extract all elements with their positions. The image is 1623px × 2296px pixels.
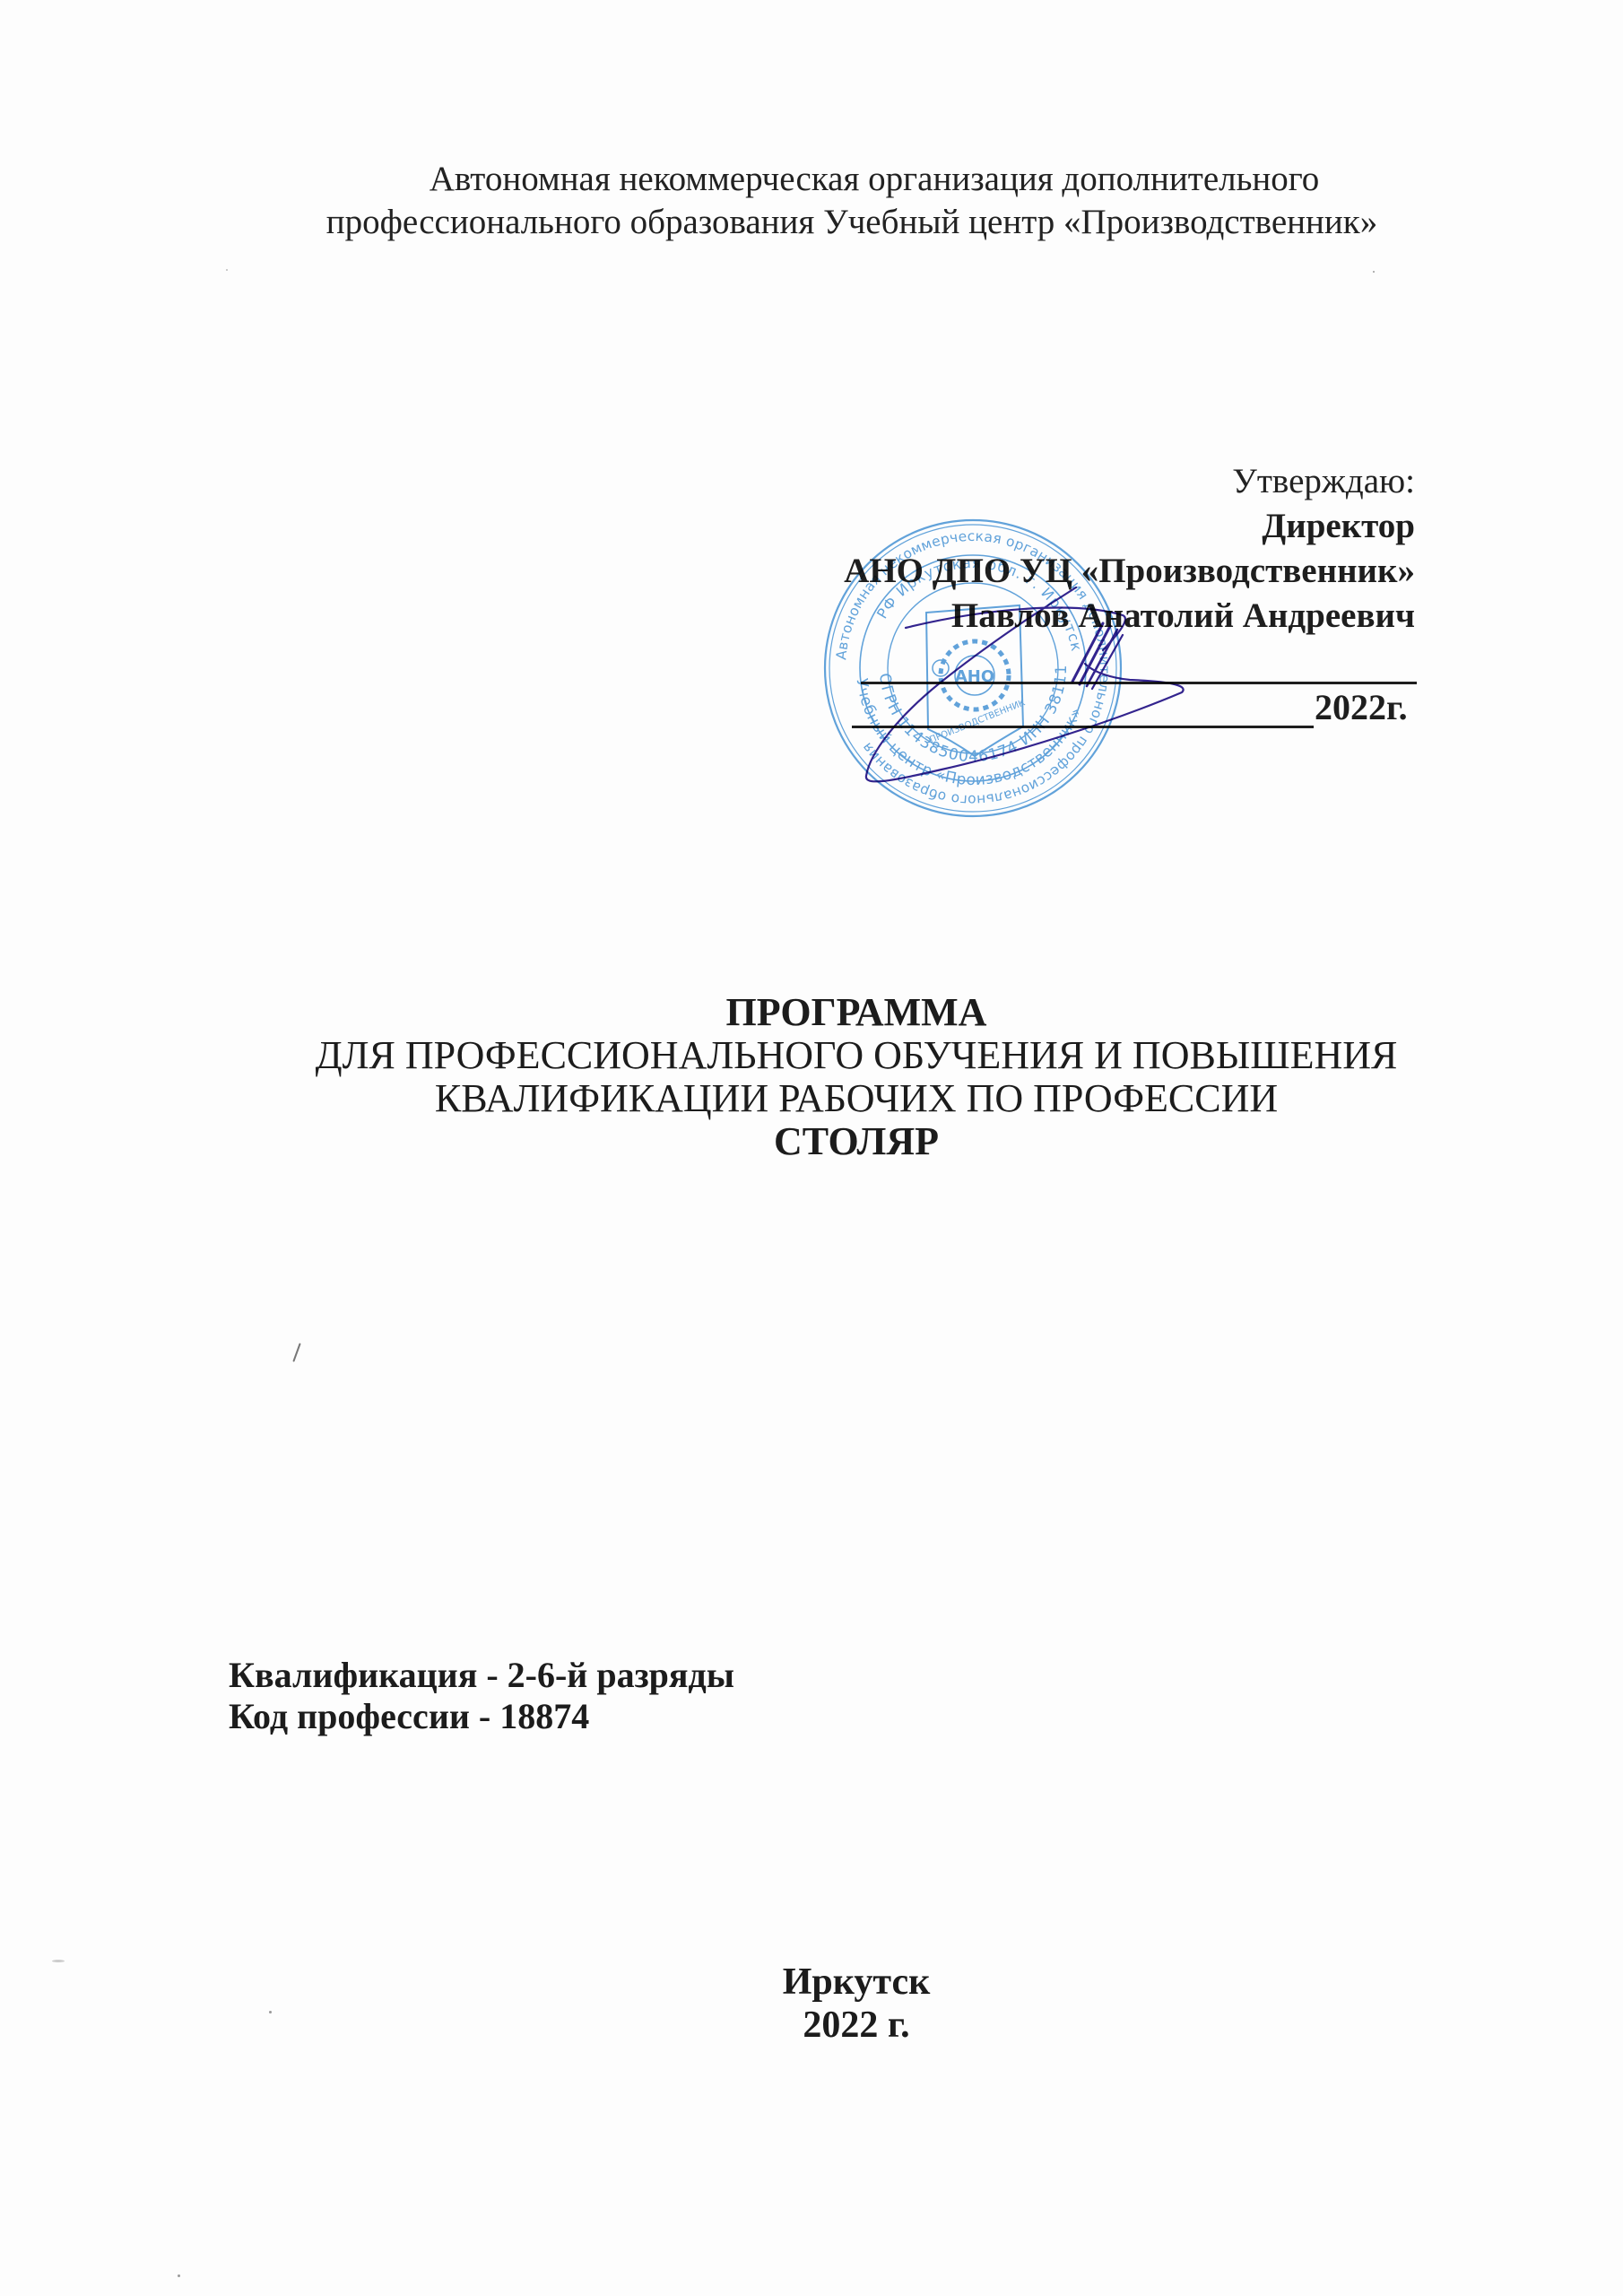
title-profession: СТОЛЯР xyxy=(269,1120,1444,1163)
organization-header: Автономная некоммерческая организация до… xyxy=(215,158,1488,244)
profession-code: Код профессии - 18874 xyxy=(229,1696,734,1737)
footer-year: 2022 г. xyxy=(628,2004,1085,2047)
handwritten-signature-icon xyxy=(807,538,1202,807)
scan-artifact xyxy=(292,1343,300,1361)
organization-header-line2: профессионального образования Учебный це… xyxy=(326,203,1377,241)
document-page: Автономная некоммерческая организация до… xyxy=(0,0,1623,2296)
qualification-level: Квалификация - 2-6-й разряды xyxy=(229,1655,734,1696)
scan-artifact xyxy=(269,2011,272,2013)
title-heading: ПРОГРАММА xyxy=(269,991,1444,1034)
footer-place-date: Иркутск 2022 г. xyxy=(628,1961,1085,2047)
scan-artifact xyxy=(226,269,228,271)
approval-label: Утверждаю: xyxy=(733,459,1415,504)
footer-city: Иркутск xyxy=(628,1961,1085,2004)
scan-artifact xyxy=(52,1960,65,1962)
program-title: ПРОГРАММА ДЛЯ ПРОФЕССИОНАЛЬНОГО ОБУЧЕНИЯ… xyxy=(269,991,1444,1163)
scan-artifact xyxy=(178,2274,180,2277)
title-subtitle-line1: ДЛЯ ПРОФЕССИОНАЛЬНОГО ОБУЧЕНИЯ И ПОВЫШЕН… xyxy=(269,1034,1444,1077)
scan-artifact xyxy=(1373,271,1375,273)
organization-header-line1: Автономная некоммерческая организация до… xyxy=(215,158,1488,201)
approval-date: 2022г. xyxy=(1315,685,1408,730)
qualification-block: Квалификация - 2-6-й разряды Код професс… xyxy=(229,1655,734,1737)
title-subtitle-line2: КВАЛИФИКАЦИИ РАБОЧИХ ПО ПРОФЕССИИ xyxy=(269,1077,1444,1120)
